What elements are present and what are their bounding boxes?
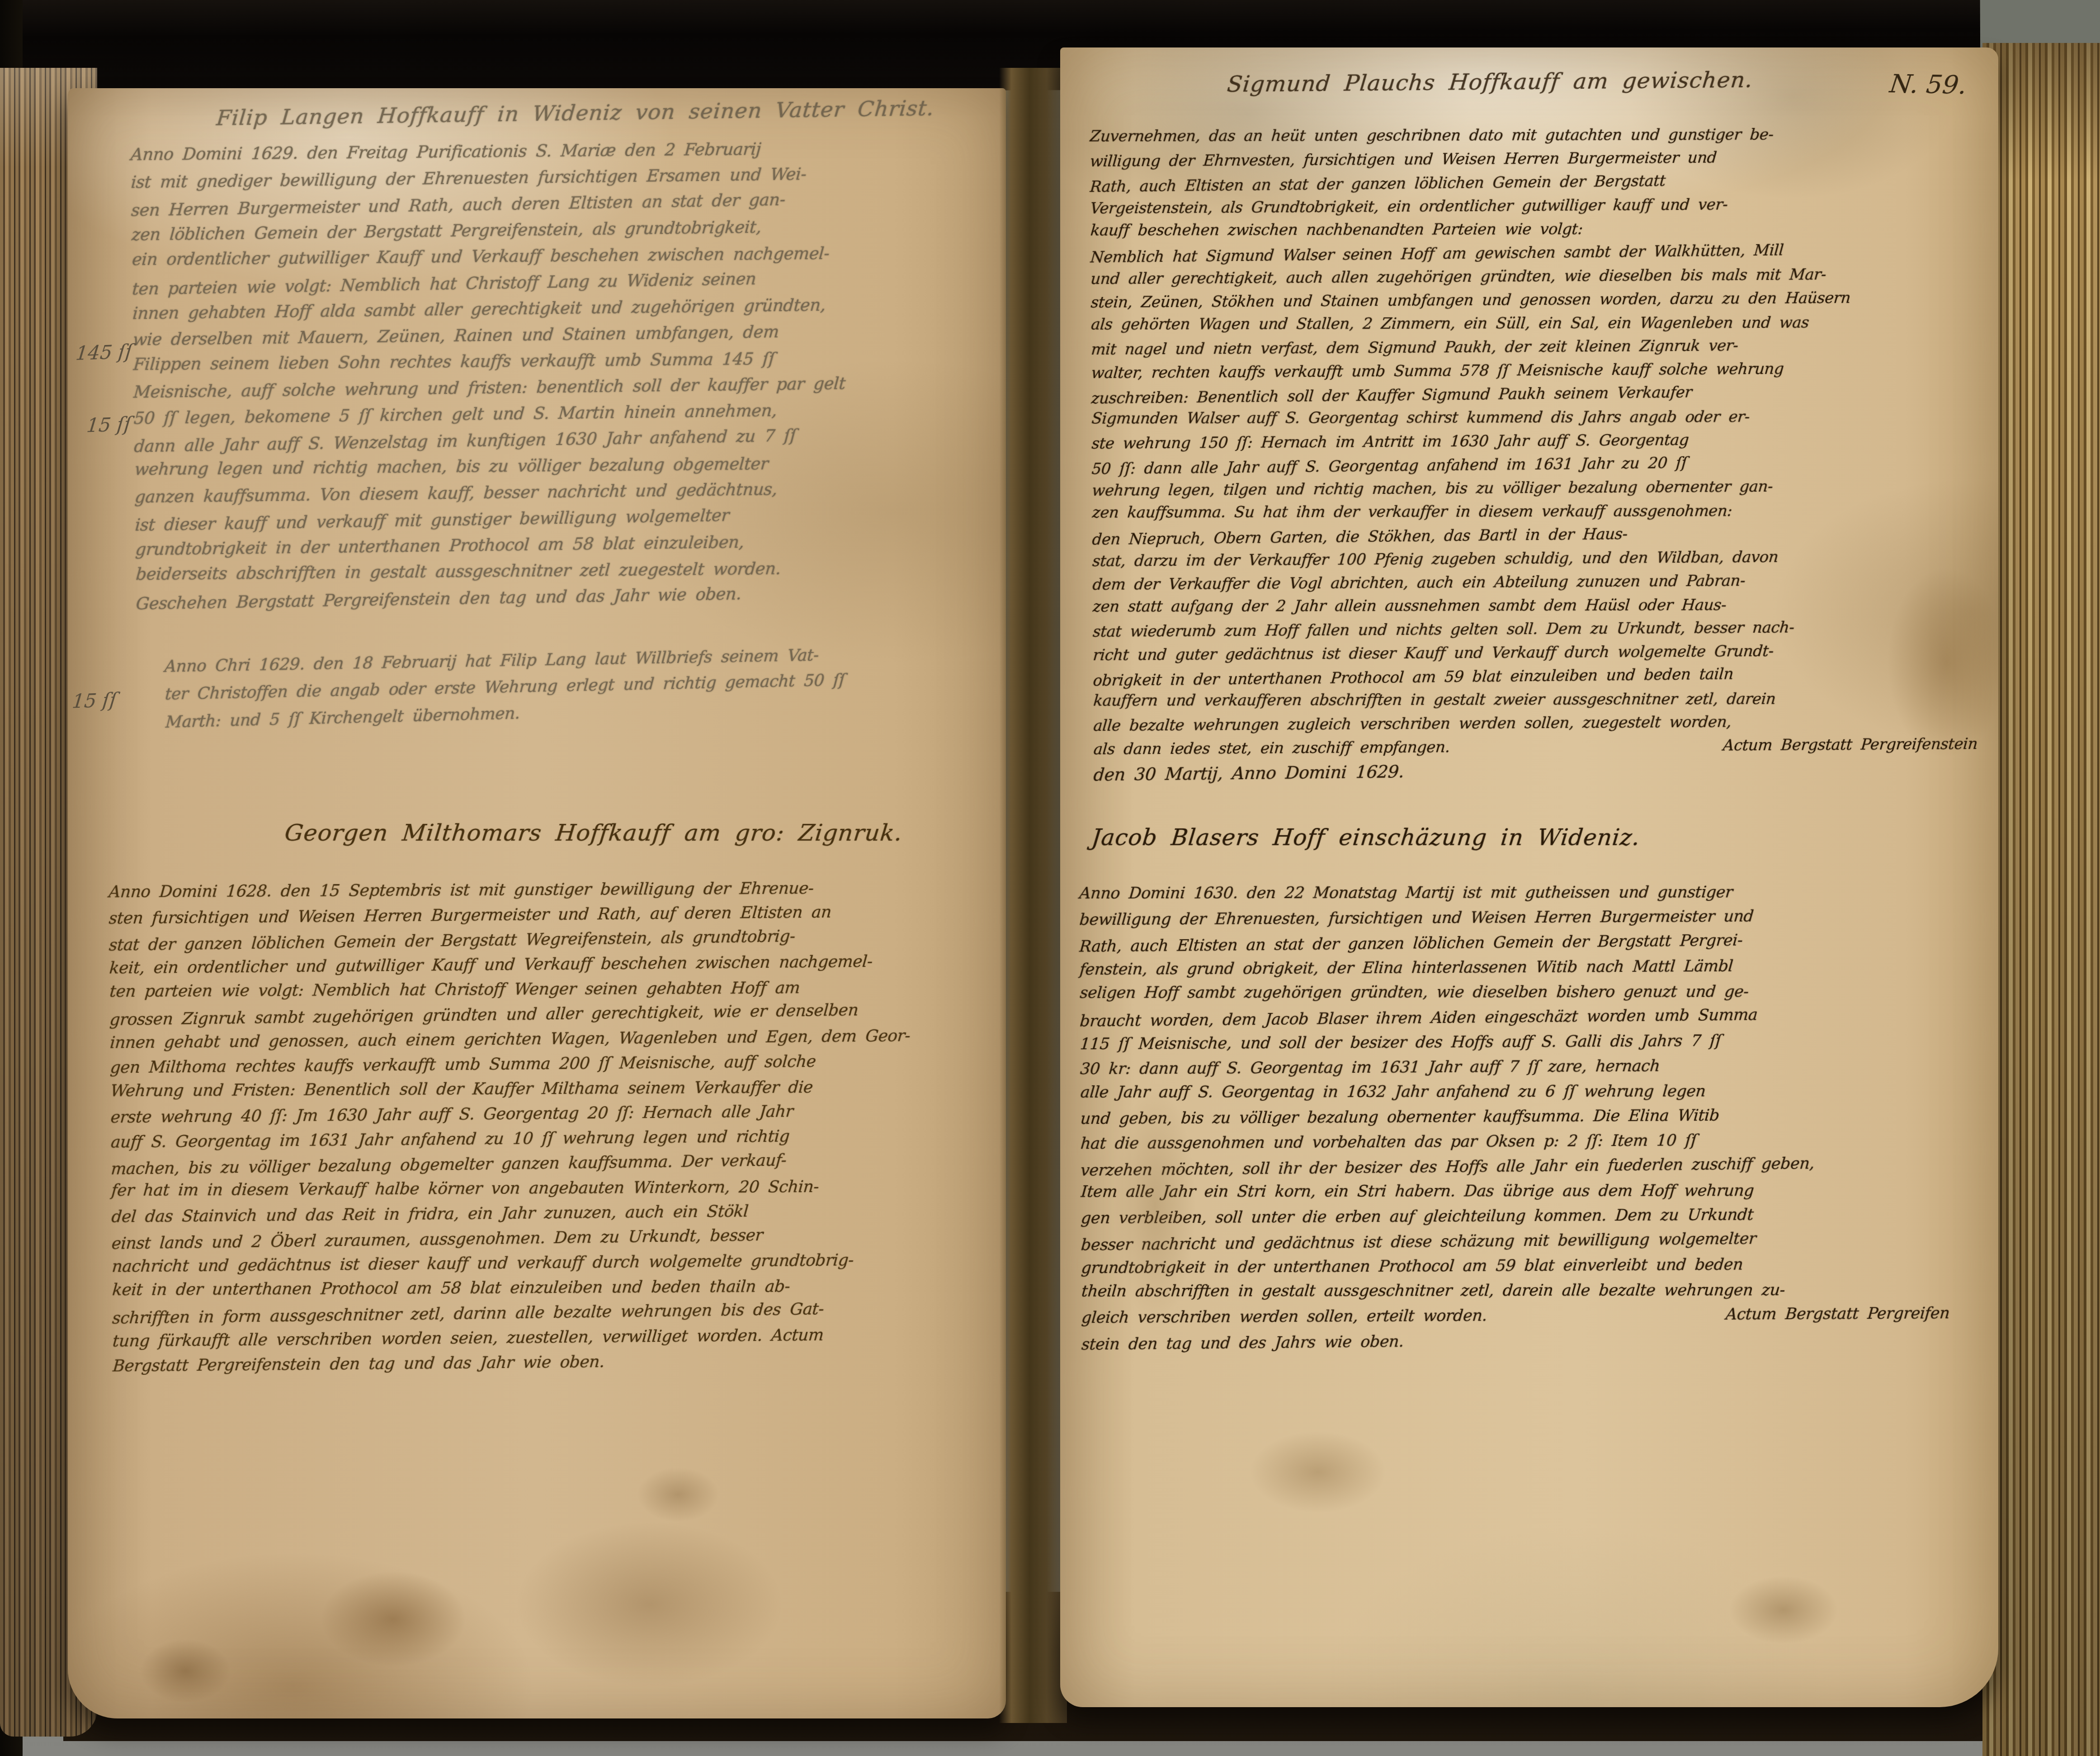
manuscript-line: alle Jahr auff S. Georgentag in 1632 Jah… xyxy=(1080,1079,1981,1105)
stain xyxy=(321,1571,466,1666)
manuscript-photo: Filip Langen Hoffkauff in Wideniz von se… xyxy=(0,0,2100,1756)
closing-text: gleich verschriben werden sollen, erteil… xyxy=(1081,1303,1488,1330)
manuscript-line: grundtobrigkeit in der unterthanen Proth… xyxy=(1080,1251,1982,1281)
manuscript-line: als gehörten Wagen und Stallen, 2 Zimmer… xyxy=(1090,310,1976,336)
right-fore-edge-stack xyxy=(1982,43,2100,1756)
right-page: Sigmund Plauchs Hoffkauff am gewischen. … xyxy=(1060,47,1998,1707)
margin-amount-145: 145 ſſ xyxy=(75,341,133,364)
manuscript-line: 30 kr: dann auff S. Georgentag im 1631 J… xyxy=(1079,1052,1981,1082)
manuscript-line: theiln abschrifften in gestalt aussgesch… xyxy=(1081,1278,1982,1304)
stain xyxy=(637,1467,719,1522)
margin-amount-15b: 15 ſſ xyxy=(71,689,118,712)
stain xyxy=(1250,1431,1386,1513)
right-entry2-lines: Anno Domini 1630. den 22 Monatstag Marti… xyxy=(1079,878,1981,1306)
right-entry2-text: Anno Domini 1630. den 22 Monatstag Marti… xyxy=(1079,878,1981,1355)
margin-amount-15a: 15 ſſ xyxy=(85,413,132,436)
left-entry2-text: Anno Domini 1628. den 15 Septembris ist … xyxy=(109,874,995,1379)
stain xyxy=(140,1639,231,1703)
stain xyxy=(1729,1576,1838,1644)
manuscript-line: Vergeistenstein, als Grundtobrigkeit, ei… xyxy=(1090,191,1975,220)
right-entry1-lines: Zuvernehmen, das an heüt unten geschribn… xyxy=(1090,121,1977,738)
closing-text: als dann iedes stet, ein zuschiff empfan… xyxy=(1093,735,1451,761)
left-page: Filip Langen Hoffkauff in Wideniz von se… xyxy=(68,88,1006,1718)
left-entry1-postscript: Anno Chri 1629. den 18 Februarij hat Fil… xyxy=(164,638,979,734)
manuscript-line: Zuvernehmen, das an heüt unten geschribn… xyxy=(1089,122,1975,148)
left-page-heading: Filip Langen Hoffkauff in Wideniz von se… xyxy=(215,96,935,131)
left-entry2-heading: Georgen Milthomars Hoffkauff am gro: Zig… xyxy=(283,820,904,847)
right-page-heading: Sigmund Plauchs Hoffkauff am gewischen. xyxy=(1226,67,1754,97)
folio-number: N. 59. xyxy=(1888,70,1968,100)
manuscript-line: dem der Verkauffer die Vogl abrichten, a… xyxy=(1092,568,1977,596)
manuscript-line: fenstein, als grund obrigkeit, der Elina… xyxy=(1079,953,1980,982)
manuscript-line: stein, Zeünen, Stökhen und Stainen umbfa… xyxy=(1090,285,1976,314)
manuscript-line: Sigmunden Walser auff S. Georgentag schi… xyxy=(1091,404,1977,430)
book-gutter xyxy=(999,68,1067,1723)
actum-note: Actum Bergstatt Pergreifenstein xyxy=(1722,732,1978,757)
manuscript-line: Item alle Jahr ein Stri korn, ein Stri h… xyxy=(1080,1178,1982,1204)
manuscript-line: zen statt aufgang der 2 Jahr allein auss… xyxy=(1092,592,1977,618)
right-entry1-text: Zuvernehmen, das an heüt unten geschribn… xyxy=(1090,121,1978,785)
right-entry2-heading: Jacob Blasers Hoff einschäzung in Wideni… xyxy=(1090,824,1642,851)
manuscript-line: kauffern und verkaufferen abschrifften i… xyxy=(1092,686,1978,712)
left-entry1-text: Anno Domini 1629. den Freitag Purificati… xyxy=(131,133,982,615)
manuscript-line: Anno Domini 1630. den 22 Monatstag Marti… xyxy=(1078,880,1980,906)
manuscript-line: wehrung legen, tilgen und richtig machen… xyxy=(1091,473,1977,502)
actum-note: Actum Bergstatt Pergreifen xyxy=(1725,1301,1951,1327)
